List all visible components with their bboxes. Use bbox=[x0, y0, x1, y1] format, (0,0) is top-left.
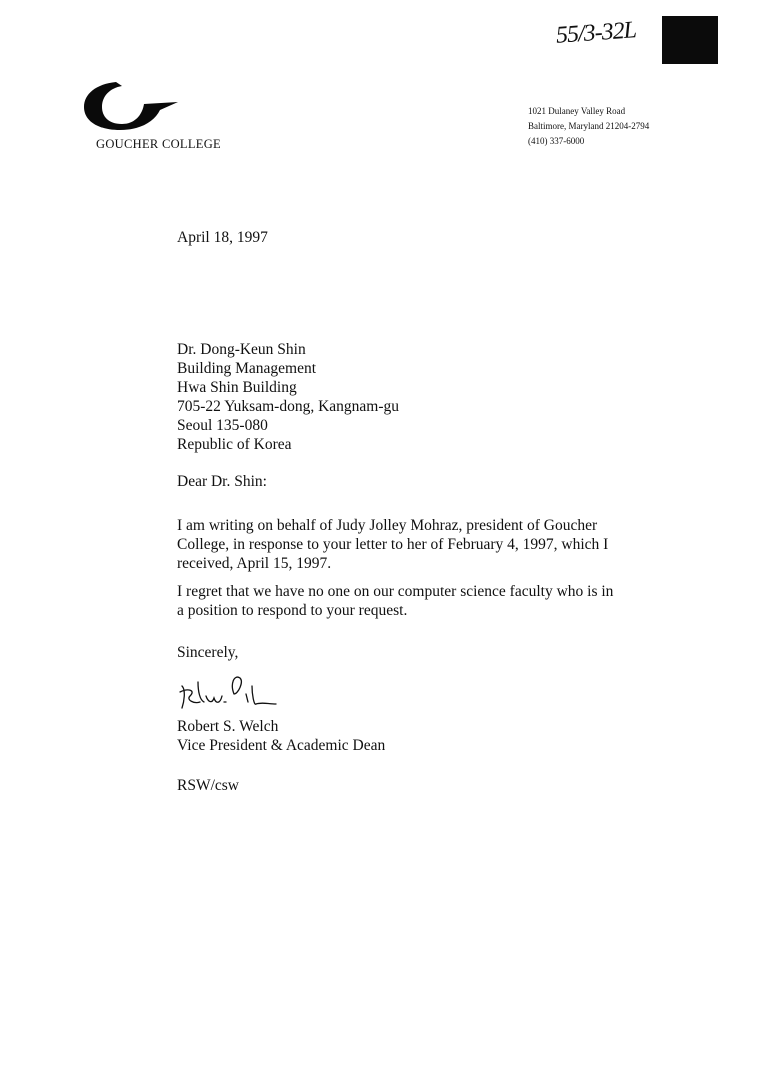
signer-name: Robert S. Welch bbox=[177, 717, 385, 736]
paragraph-line: College, in response to your letter to h… bbox=[177, 535, 657, 554]
recipient-line: Hwa Shin Building bbox=[177, 378, 399, 397]
address-street: 1021 Dulaney Valley Road bbox=[528, 104, 649, 119]
salutation: Dear Dr. Shin: bbox=[177, 472, 267, 491]
recipient-name: Dr. Dong-Keun Shin bbox=[177, 340, 399, 359]
paragraph-line: a position to respond to your request. bbox=[177, 601, 657, 620]
body-paragraph-1: I am writing on behalf of Judy Jolley Mo… bbox=[177, 516, 657, 573]
closing: Sincerely, bbox=[177, 643, 238, 662]
paragraph-line: I regret that we have no one on our comp… bbox=[177, 582, 657, 601]
letter-date: April 18, 1997 bbox=[177, 228, 268, 247]
recipient-line: Republic of Korea bbox=[177, 435, 399, 454]
letterhead-address: 1021 Dulaney Valley Road Baltimore, Mary… bbox=[528, 104, 649, 149]
recipient-address: Dr. Dong-Keun Shin Building Management H… bbox=[177, 340, 399, 454]
college-name: GOUCHER COLLEGE bbox=[96, 137, 221, 152]
address-city: Baltimore, Maryland 21204-2794 bbox=[528, 119, 649, 134]
recipient-line: Seoul 135-080 bbox=[177, 416, 399, 435]
body-paragraph-2: I regret that we have no one on our comp… bbox=[177, 582, 657, 620]
paragraph-line: I am writing on behalf of Judy Jolley Mo… bbox=[177, 516, 657, 535]
signer-block: Robert S. Welch Vice President & Academi… bbox=[177, 717, 385, 755]
redaction-block bbox=[662, 16, 718, 64]
recipient-line: Building Management bbox=[177, 359, 399, 378]
goucher-logo-icon bbox=[82, 80, 182, 132]
signature-icon bbox=[176, 672, 286, 712]
signer-title: Vice President & Academic Dean bbox=[177, 736, 385, 755]
reference-initials: RSW/csw bbox=[177, 776, 239, 795]
paragraph-line: received, April 15, 1997. bbox=[177, 554, 657, 573]
handwritten-file-code: 55/3-32L bbox=[555, 17, 637, 50]
address-phone: (410) 337-6000 bbox=[528, 134, 649, 149]
recipient-line: 705-22 Yuksam-dong, Kangnam-gu bbox=[177, 397, 399, 416]
